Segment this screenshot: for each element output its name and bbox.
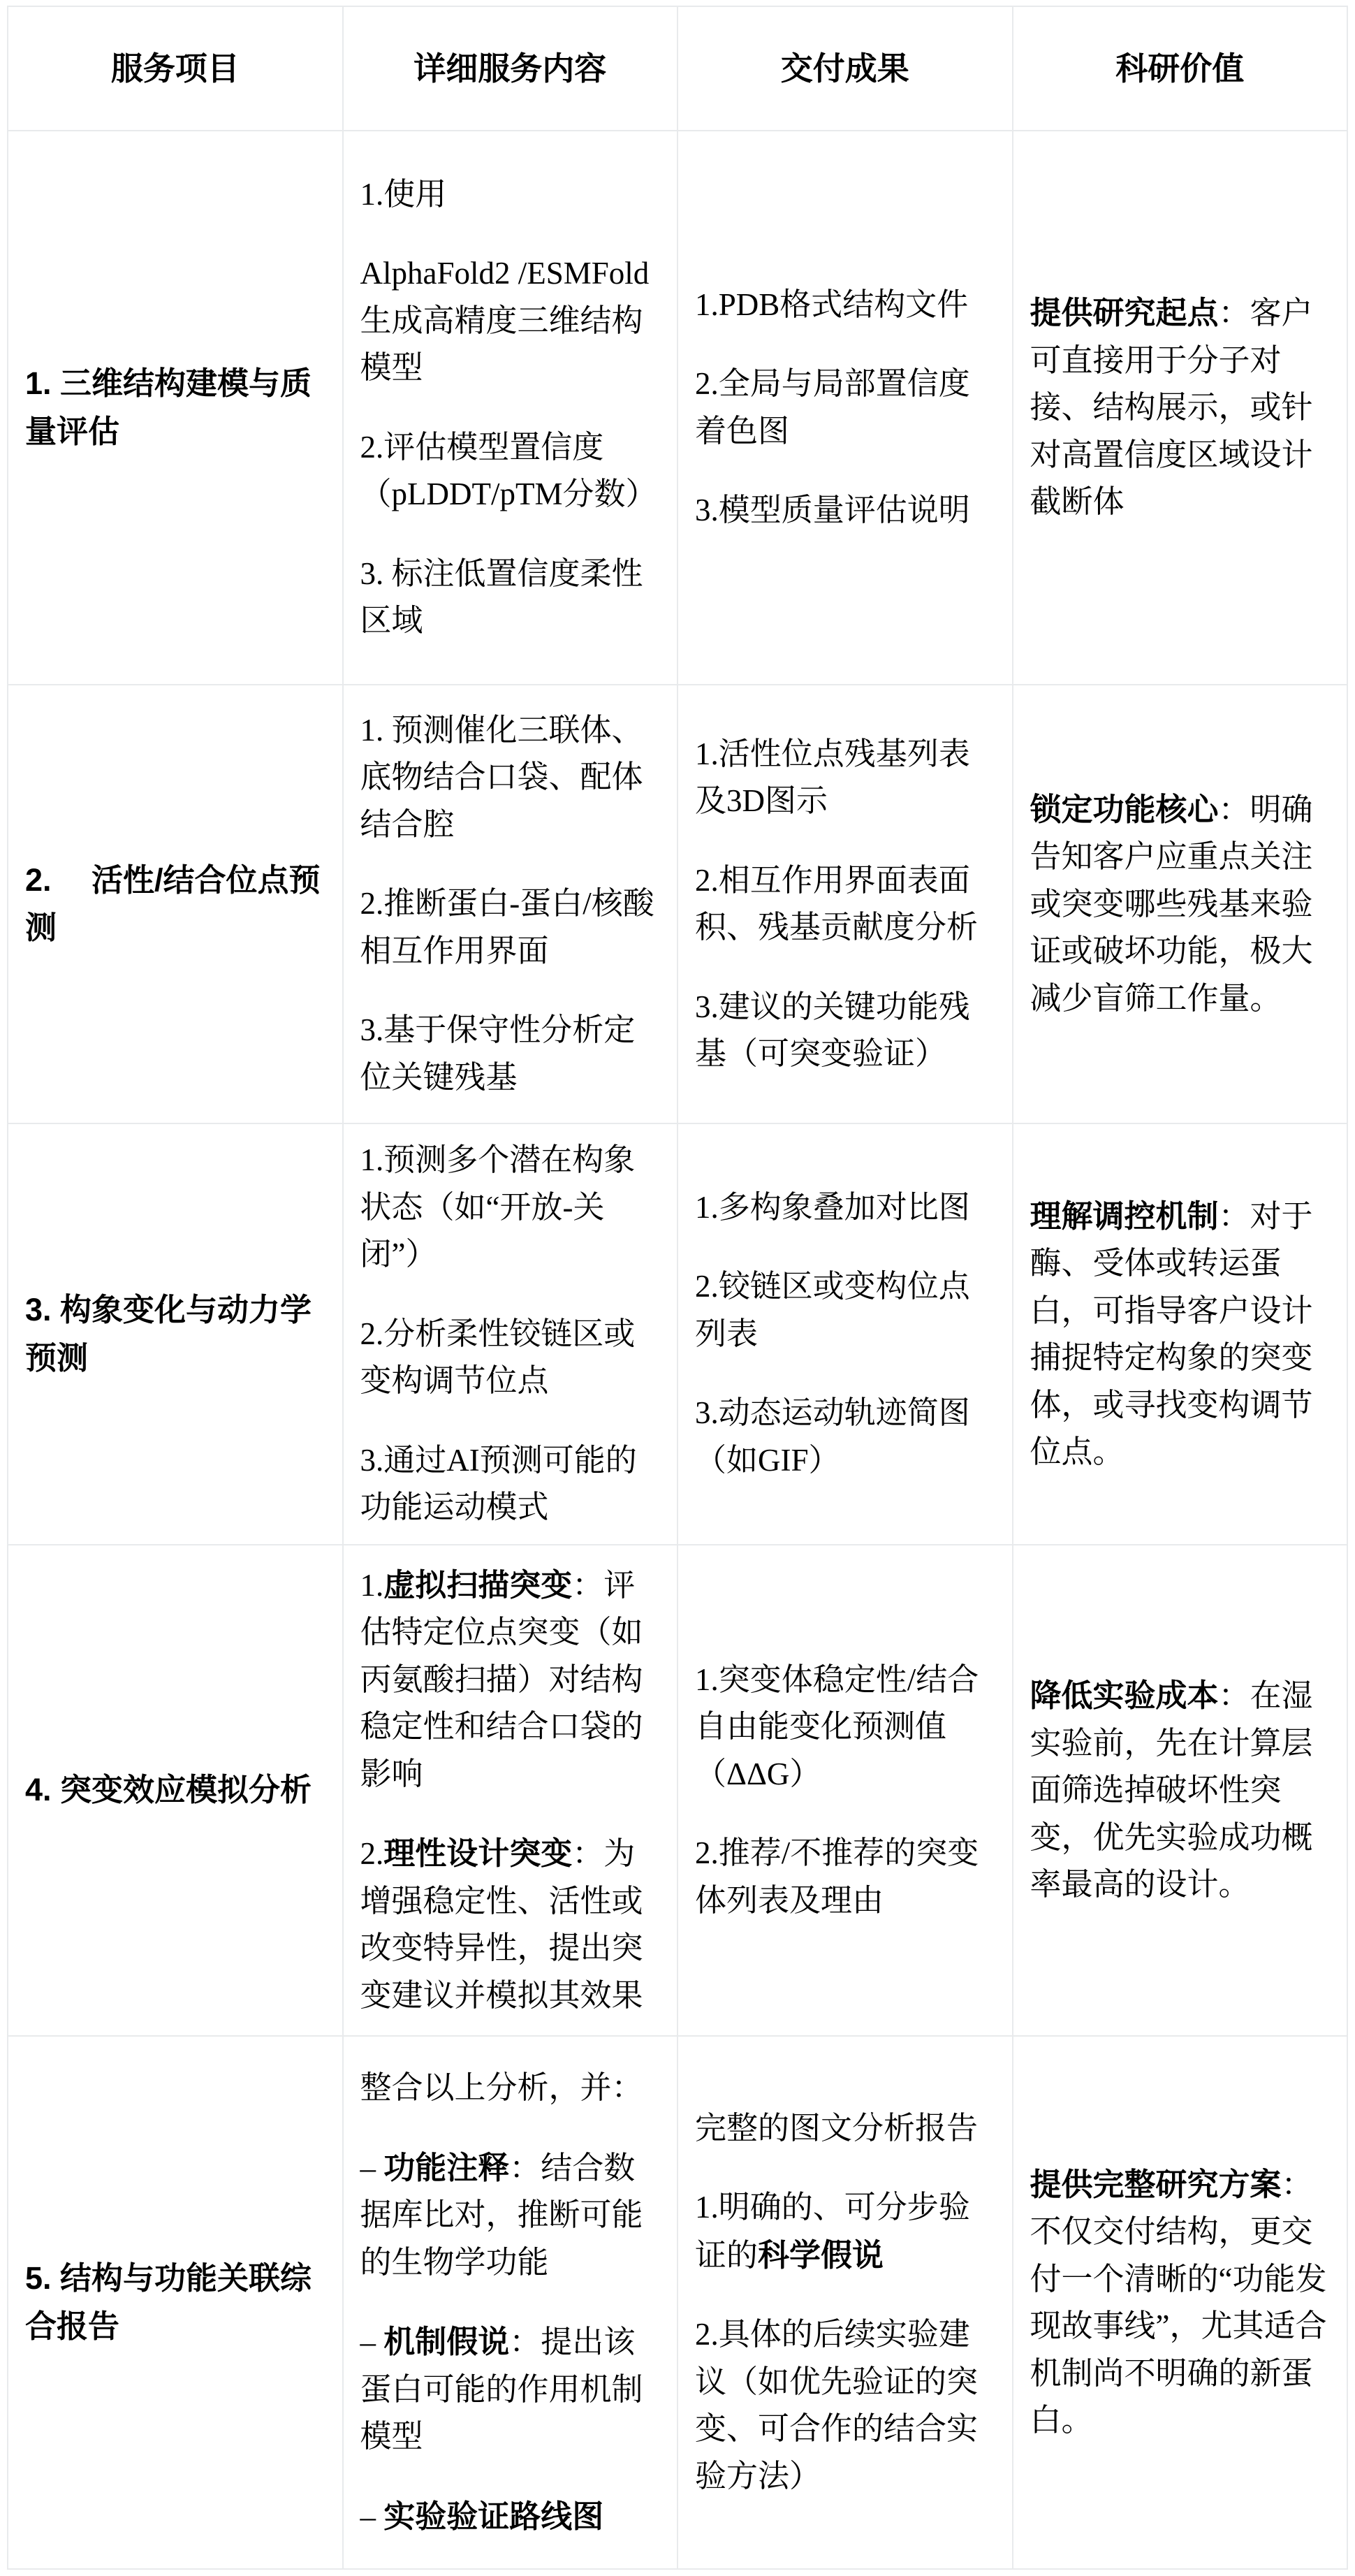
table-cell-r5-c2: 整合以上分析，并：– 功能注释：结合数据库比对，推断可能的生物学功能– 机制假说… [343,2036,678,2569]
table-cell-r3-c1: 3. 构象变化与动力学预测 [8,1123,343,1545]
paragraph: 提供完整研究方案：不仅交付结构，更交付一个清晰的“功能发现故事线”，尤其适合机制… [1030,2161,1331,2445]
table-cell-r1-c1: 1. 三维结构建模与质量评估 [8,131,343,685]
paragraph: 降低实验成本：在湿实验前，先在计算层面筛选掉破坏性突变，优先实验成功概率最高的设… [1030,1672,1331,1909]
paragraph: 3.通过AI预测可能的功能运动模式 [360,1437,661,1531]
paragraph: 2.铰链区或变构位点列表 [695,1263,995,1358]
bold-text-run: 虚拟扫描突变 [383,1567,572,1603]
text-run: 1. 预测催化三联体、底物结合口袋、配体结合腔 [360,713,643,842]
bold-text-run: 锁定功能核心 [1030,792,1219,827]
paragraph: 4. 突变效应模拟分析 [25,1766,325,1814]
paragraph: 理解调控机制：对于酶、受体或转运蛋白，可指导客户设计捕捉特定构象的突变体，或寻找… [1030,1193,1331,1476]
paragraph: 1.活性位点残基列表及3D图示 [695,731,995,825]
paragraph: 3. 构象变化与动力学预测 [25,1286,325,1382]
text-run: 3.模型质量评估说明 [695,493,970,527]
header-row: 服务项目详细服务内容交付成果科研价值 [8,6,1347,131]
paragraph: AlphaFold2 /ESMFold生成高精度三维结构模型 [360,250,661,392]
bold-text-run: 4. 突变效应模拟分析 [25,1772,312,1807]
text-run: 1.活性位点残基列表及3D图示 [695,736,970,819]
paragraph: 1.使用 [360,171,661,219]
text-run: 3. 标注低置信度柔性区域 [360,556,643,639]
table-body: 1. 三维结构建模与质量评估1.使用AlphaFold2 /ESMFold生成高… [8,131,1347,2569]
table-cell-r1-c4: 提供研究起点：客户可直接用于分子对接、结构展示，或针对高置信度区域设计截断体 [1013,131,1348,685]
paragraph: 2.推断蛋白-蛋白/核酸相互作用界面 [360,880,661,975]
bold-text-run: 理解调控机制 [1030,1198,1219,1234]
table-cell-r5-c4: 提供完整研究方案：不仅交付结构，更交付一个清晰的“功能发现故事线”，尤其适合机制… [1013,2036,1348,2569]
paragraph: 1.虚拟扫描突变：评估特定位点突变（如丙氨酸扫描）对结构稳定性和结合口袋的影响 [360,1562,661,1798]
text-run: 完整的图文分析报告 [695,2111,978,2146]
table-cell-r4-c2: 1.虚拟扫描突变：评估特定位点突变（如丙氨酸扫描）对结构稳定性和结合口袋的影响2… [343,1545,678,2036]
text-run: 2.具体的后续实验建议（如优先验证的突变、可合作的结合实验方法） [695,2317,978,2494]
table-header: 服务项目详细服务内容交付成果科研价值 [8,6,1347,131]
paragraph: 2. 活性/结合位点预测 [25,857,325,952]
table-row-5: 5. 结构与功能关联综合报告整合以上分析，并：– 功能注释：结合数据库比对，推断… [8,2036,1347,2569]
column-header-1: 服务项目 [8,6,343,131]
table-row-1: 1. 三维结构建模与质量评估1.使用AlphaFold2 /ESMFold生成高… [8,131,1347,685]
paragraph: 1.突变体稳定性/结合自由能变化预测值（ΔΔG） [695,1657,995,1798]
table-cell-r1-c2: 1.使用AlphaFold2 /ESMFold生成高精度三维结构模型2.评估模型… [343,131,678,685]
bold-text-run: 功能注释 [383,2150,509,2185]
table-cell-r2-c4: 锁定功能核心：明确告知客户应重点关注或突变哪些残基来验证或破坏功能，极大减少盲筛… [1013,685,1348,1123]
paragraph: 2.相互作用界面表面积、残基贡献度分析 [695,857,995,952]
paragraph: 3. 标注低置信度柔性区域 [360,551,661,645]
bold-text-run: 机制假说 [383,2324,509,2359]
table-cell-r4-c3: 1.突变体稳定性/结合自由能变化预测值（ΔΔG）2.推荐/不推荐的突变体列表及理… [677,1545,1013,2036]
text-run: 1. [360,1568,384,1603]
text-run: 3.基于保守性分析定位关键残基 [360,1012,636,1095]
text-run: 2.相互作用界面表面积、残基贡献度分析 [695,863,978,945]
text-run: 3.建议的关键功能残基（可突变验证） [695,989,970,1072]
table-cell-r5-c3: 完整的图文分析报告1.明确的、可分步验证的科学假说2.具体的后续实验建议（如优先… [677,2036,1013,2569]
table-cell-r2-c3: 1.活性位点残基列表及3D图示2.相互作用界面表面积、残基贡献度分析3.建议的关… [677,685,1013,1123]
text-run: – [360,2151,384,2185]
paragraph: 1. 三维结构建模与质量评估 [25,360,325,456]
bold-text-run: 5. 结构与功能关联综合报告 [25,2260,312,2344]
text-run: 1.多构象叠加对比图 [695,1190,970,1225]
text-run: 2.评估模型置信度（pLDDT/pTM分数） [360,430,657,512]
paragraph: 2.全局与局部置信度着色图 [695,361,995,455]
table-cell-r3-c3: 1.多构象叠加对比图2.铰链区或变构位点列表3.动态运动轨迹简图（如GIF） [677,1123,1013,1545]
table-cell-r5-c1: 5. 结构与功能关联综合报告 [8,2036,343,2569]
text-run: 2.分析柔性铰链区或变构调节位点 [360,1316,636,1399]
text-run: 2.铰链区或变构位点列表 [695,1269,970,1351]
paragraph: 整合以上分析，并： [360,2065,661,2112]
paragraph: 1.多构象叠加对比图 [695,1184,995,1232]
paragraph: 提供研究起点：客户可直接用于分子对接、结构展示，或针对高置信度区域设计截断体 [1030,289,1331,526]
text-run: 2. [360,1836,384,1871]
bold-text-run: 提供完整研究方案 [1030,2167,1282,2202]
text-run: 2.推断蛋白-蛋白/核酸相互作用界面 [360,886,654,968]
text-run: 3.动态运动轨迹简图（如GIF） [695,1395,970,1478]
paragraph: 1.PDB格式结构文件 [695,282,995,329]
paragraph: – 功能注释：结合数据库比对，推断可能的生物学功能 [360,2144,661,2287]
table-cell-r2-c2: 1. 预测催化三联体、底物结合口袋、配体结合腔2.推断蛋白-蛋白/核酸相互作用界… [343,685,678,1123]
paragraph: 2.具体的后续实验建议（如优先验证的突变、可合作的结合实验方法） [695,2311,995,2500]
paragraph: 3.模型质量评估说明 [695,487,995,534]
bold-text-run: 1. 三维结构建模与质量评估 [25,365,312,449]
text-run: ：对于酶、受体或转运蛋白，可指导客户设计捕捉特定构象的突变体，或寻找变构调节位点… [1030,1199,1313,1470]
paragraph: 1. 预测催化三联体、底物结合口袋、配体结合腔 [360,707,661,849]
table-cell-r1-c3: 1.PDB格式结构文件2.全局与局部置信度着色图3.模型质量评估说明 [677,131,1013,685]
text-run: ：不仅交付结构，更交付一个清晰的“功能发现故事线”，尤其适合机制尚不明确的新蛋白… [1030,2167,1327,2438]
text-run: 2.全局与局部置信度着色图 [695,366,970,449]
text-run: – [360,2324,384,2359]
service-table: 服务项目详细服务内容交付成果科研价值 1. 三维结构建模与质量评估1.使用Alp… [7,6,1348,2570]
paragraph: 1.预测多个潜在构象状态（如“开放-关闭”） [360,1137,661,1279]
bold-text-run: 3. 构象变化与动力学预测 [25,1292,312,1376]
paragraph: 5. 结构与功能关联综合报告 [25,2255,325,2350]
table-cell-r2-c1: 2. 活性/结合位点预测 [8,685,343,1123]
table-cell-r4-c4: 降低实验成本：在湿实验前，先在计算层面筛选掉破坏性突变，优先实验成功概率最高的设… [1013,1545,1348,2036]
text-run: – [360,2499,384,2534]
bold-text-run: 理性设计突变 [383,1835,572,1871]
bold-text-run: 科学假说 [758,2237,884,2273]
paragraph: – 机制假说：提出该蛋白可能的作用机制模型 [360,2318,661,2461]
table-cell-r3-c2: 1.预测多个潜在构象状态（如“开放-关闭”）2.分析柔性铰链区或变构调节位点3.… [343,1123,678,1545]
paragraph: 锁定功能核心：明确告知客户应重点关注或突变哪些残基来验证或破坏功能，极大减少盲筛… [1030,786,1331,1023]
text-run: AlphaFold2 /ESMFold生成高精度三维结构模型 [360,256,650,385]
text-run: 1.PDB格式结构文件 [695,287,968,322]
table-row-3: 3. 构象变化与动力学预测1.预测多个潜在构象状态（如“开放-关闭”）2.分析柔… [8,1123,1347,1545]
paragraph: 3.基于保守性分析定位关键残基 [360,1007,661,1101]
table-row-2: 2. 活性/结合位点预测1. 预测催化三联体、底物结合口袋、配体结合腔2.推断蛋… [8,685,1347,1123]
column-header-4: 科研价值 [1013,6,1348,131]
paragraph: 2.评估模型置信度（pLDDT/pTM分数） [360,424,661,518]
paragraph: 完整的图文分析报告 [695,2105,995,2153]
paragraph: 3.建议的关键功能残基（可突变验证） [695,984,995,1078]
paragraph: 2.理性设计突变：为增强稳定性、活性或改变特异性，提出突变建议并模拟其效果 [360,1830,661,2019]
paragraph: 2.推荐/不推荐的突变体列表及理由 [695,1830,995,1924]
column-header-3: 交付成果 [677,6,1013,131]
text-run: 1.使用 [360,177,447,212]
bold-text-run: 实验验证路线图 [383,2498,603,2534]
text-run: 1.预测多个潜在构象状态（如“开放-关闭”） [360,1142,636,1272]
text-run: 2.推荐/不推荐的突变体列表及理由 [695,1835,979,1918]
text-run: 整合以上分析，并： [360,2070,643,2105]
text-run: 3.通过AI预测可能的功能运动模式 [360,1443,637,1525]
column-header-2: 详细服务内容 [343,6,678,131]
table-cell-r4-c1: 4. 突变效应模拟分析 [8,1545,343,2036]
paragraph: 3.动态运动轨迹简图（如GIF） [695,1390,995,1484]
paragraph: 2.分析柔性铰链区或变构调节位点 [360,1311,661,1405]
table-cell-r3-c4: 理解调控机制：对于酶、受体或转运蛋白，可指导客户设计捕捉特定构象的突变体，或寻找… [1013,1123,1348,1545]
bold-text-run: 提供研究起点 [1030,295,1219,330]
bold-text-run: 降低实验成本 [1030,1678,1219,1713]
table-row-4: 4. 突变效应模拟分析1.虚拟扫描突变：评估特定位点突变（如丙氨酸扫描）对结构稳… [8,1545,1347,2036]
document-page: 服务项目详细服务内容交付成果科研价值 1. 三维结构建模与质量评估1.使用Alp… [0,0,1355,2576]
text-run: 1.突变体稳定性/结合自由能变化预测值（ΔΔG） [695,1662,979,1791]
paragraph: – 实验验证路线图 [360,2493,661,2541]
bold-text-run: 2. 活性/结合位点预测 [25,862,321,946]
paragraph: 1.明确的、可分步验证的科学假说 [695,2184,995,2279]
